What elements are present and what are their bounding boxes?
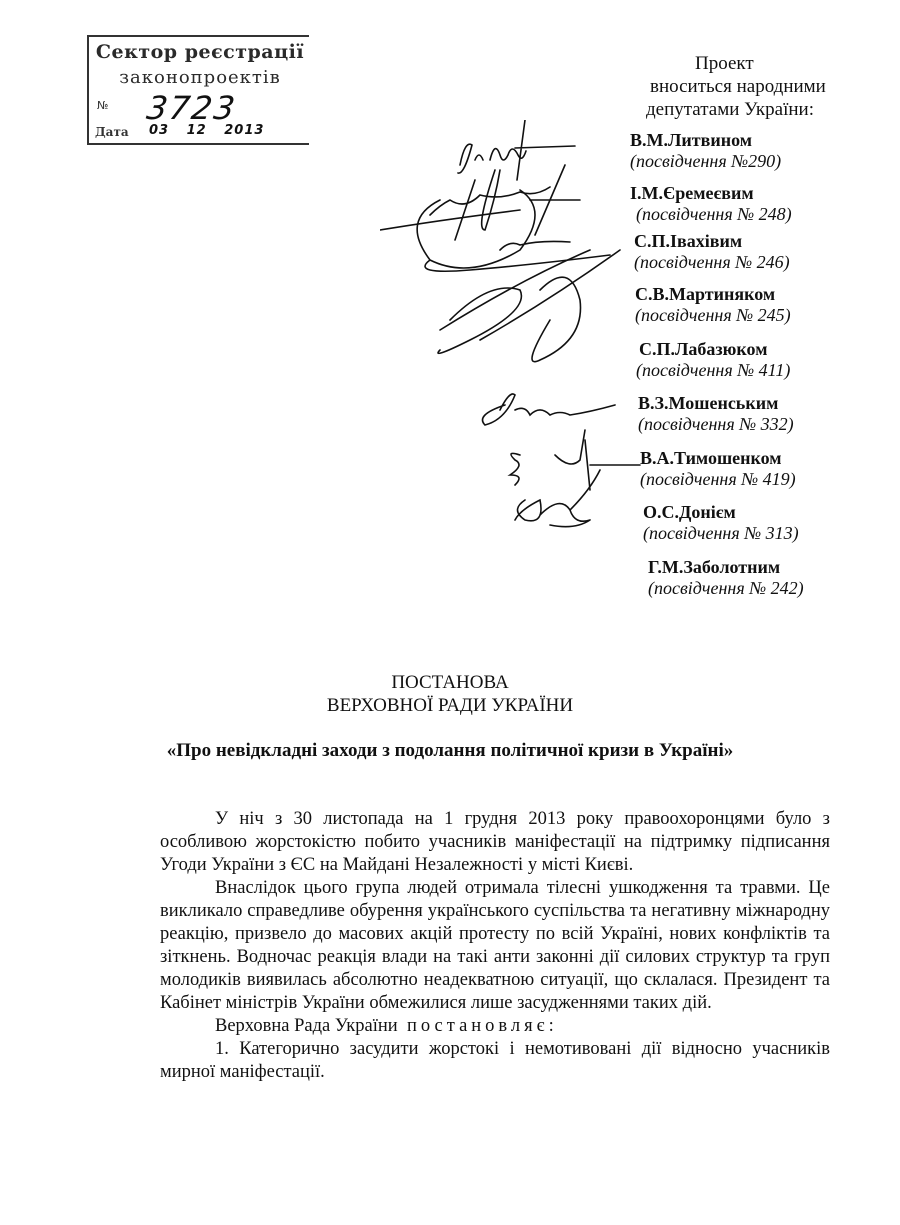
stamp-date-label: Дата: [95, 125, 129, 139]
author-certificate: (посвідчення № 246): [634, 252, 790, 273]
stamp-subtitle: законопроектів: [89, 67, 311, 88]
author-name: Г.М.Заболотним: [648, 557, 804, 578]
stamp-title: Сектор реєстрації: [89, 41, 311, 63]
author-name: І.М.Єремеєвим: [630, 183, 792, 204]
author-entry: С.В.Мартиняком (посвідчення № 245): [635, 284, 791, 326]
author-certificate: (посвідчення № 245): [635, 305, 791, 326]
author-name: С.В.Мартиняком: [635, 284, 791, 305]
signature-5: [483, 394, 616, 425]
signature-6: [510, 430, 640, 490]
stamp-date-value: 03 12 2013: [149, 123, 264, 138]
author-name: С.П.Івахівим: [634, 231, 790, 252]
author-certificate: (посвідчення № 419): [640, 469, 796, 490]
signature-1: [458, 120, 575, 180]
author-entry: С.П.Івахівим (посвідчення № 246): [634, 231, 790, 273]
author-certificate: (посвідчення № 313): [643, 523, 799, 544]
project-label: Проект: [610, 52, 840, 75]
resolution-intro: Верховна Рада України: [215, 1016, 398, 1036]
author-entry: В.М.Литвином (посвідчення №290): [630, 130, 781, 172]
author-entry: І.М.Єремеєвим (посвідчення № 248): [630, 183, 792, 225]
body-paragraph: Внаслідок цього група людей отримала тіл…: [160, 877, 830, 1015]
author-certificate: (посвідчення № 332): [638, 414, 794, 435]
resolution-line: Верховна Рада України постановляє:: [160, 1015, 830, 1038]
author-name: В.А.Тимошенком: [640, 448, 796, 469]
stamp-number-label: №: [97, 99, 108, 112]
author-name: В.З.Мошенським: [638, 393, 794, 414]
signature-2: [380, 165, 580, 240]
author-entry: С.П.Лабазюком (посвідчення № 411): [636, 339, 790, 381]
resolution-verb: постановляє:: [407, 1016, 558, 1036]
author-certificate: (посвідчення № 248): [630, 204, 792, 225]
author-entry: В.З.Мошенським (посвідчення № 332): [638, 393, 794, 435]
author-entry: В.А.Тимошенком (посвідчення № 419): [640, 448, 796, 490]
body-paragraph: У ніч з 30 листопада на 1 грудня 2013 ро…: [160, 808, 830, 877]
decree-issuer: ВЕРХОВНОЇ РАДИ УКРАЇНИ: [0, 694, 900, 717]
author-certificate: (посвідчення № 411): [636, 360, 790, 381]
author-entry: Г.М.Заболотним (посвідчення № 242): [648, 557, 804, 599]
project-submitted-by: вноситься народними: [610, 75, 840, 98]
author-certificate: (посвідчення №290): [630, 151, 781, 172]
stamp-number-value: 3723: [144, 89, 239, 127]
signature-4: [438, 250, 620, 362]
resolution-item: 1. Категорично засудити жорстокі і немот…: [160, 1038, 830, 1084]
decree-type: ПОСТАНОВА: [0, 671, 900, 694]
project-header: Проект вноситься народними депутатами Ук…: [610, 52, 840, 121]
project-deputies: депутатами України:: [610, 98, 840, 121]
author-name: О.С.Донієм: [643, 502, 799, 523]
signature-3: [417, 190, 610, 271]
registration-stamp: Сектор реєстрації законопроектів № 3723 …: [87, 35, 309, 145]
decree-body: У ніч з 30 листопада на 1 грудня 2013 ро…: [160, 808, 830, 1084]
signature-7: [515, 470, 600, 527]
author-certificate: (посвідчення № 242): [648, 578, 804, 599]
author-entry: О.С.Донієм (посвідчення № 313): [643, 502, 799, 544]
author-name: В.М.Литвином: [630, 130, 781, 151]
author-name: С.П.Лабазюком: [636, 339, 790, 360]
decree-subject: «Про невідкладні заходи з подолання полі…: [0, 740, 900, 762]
